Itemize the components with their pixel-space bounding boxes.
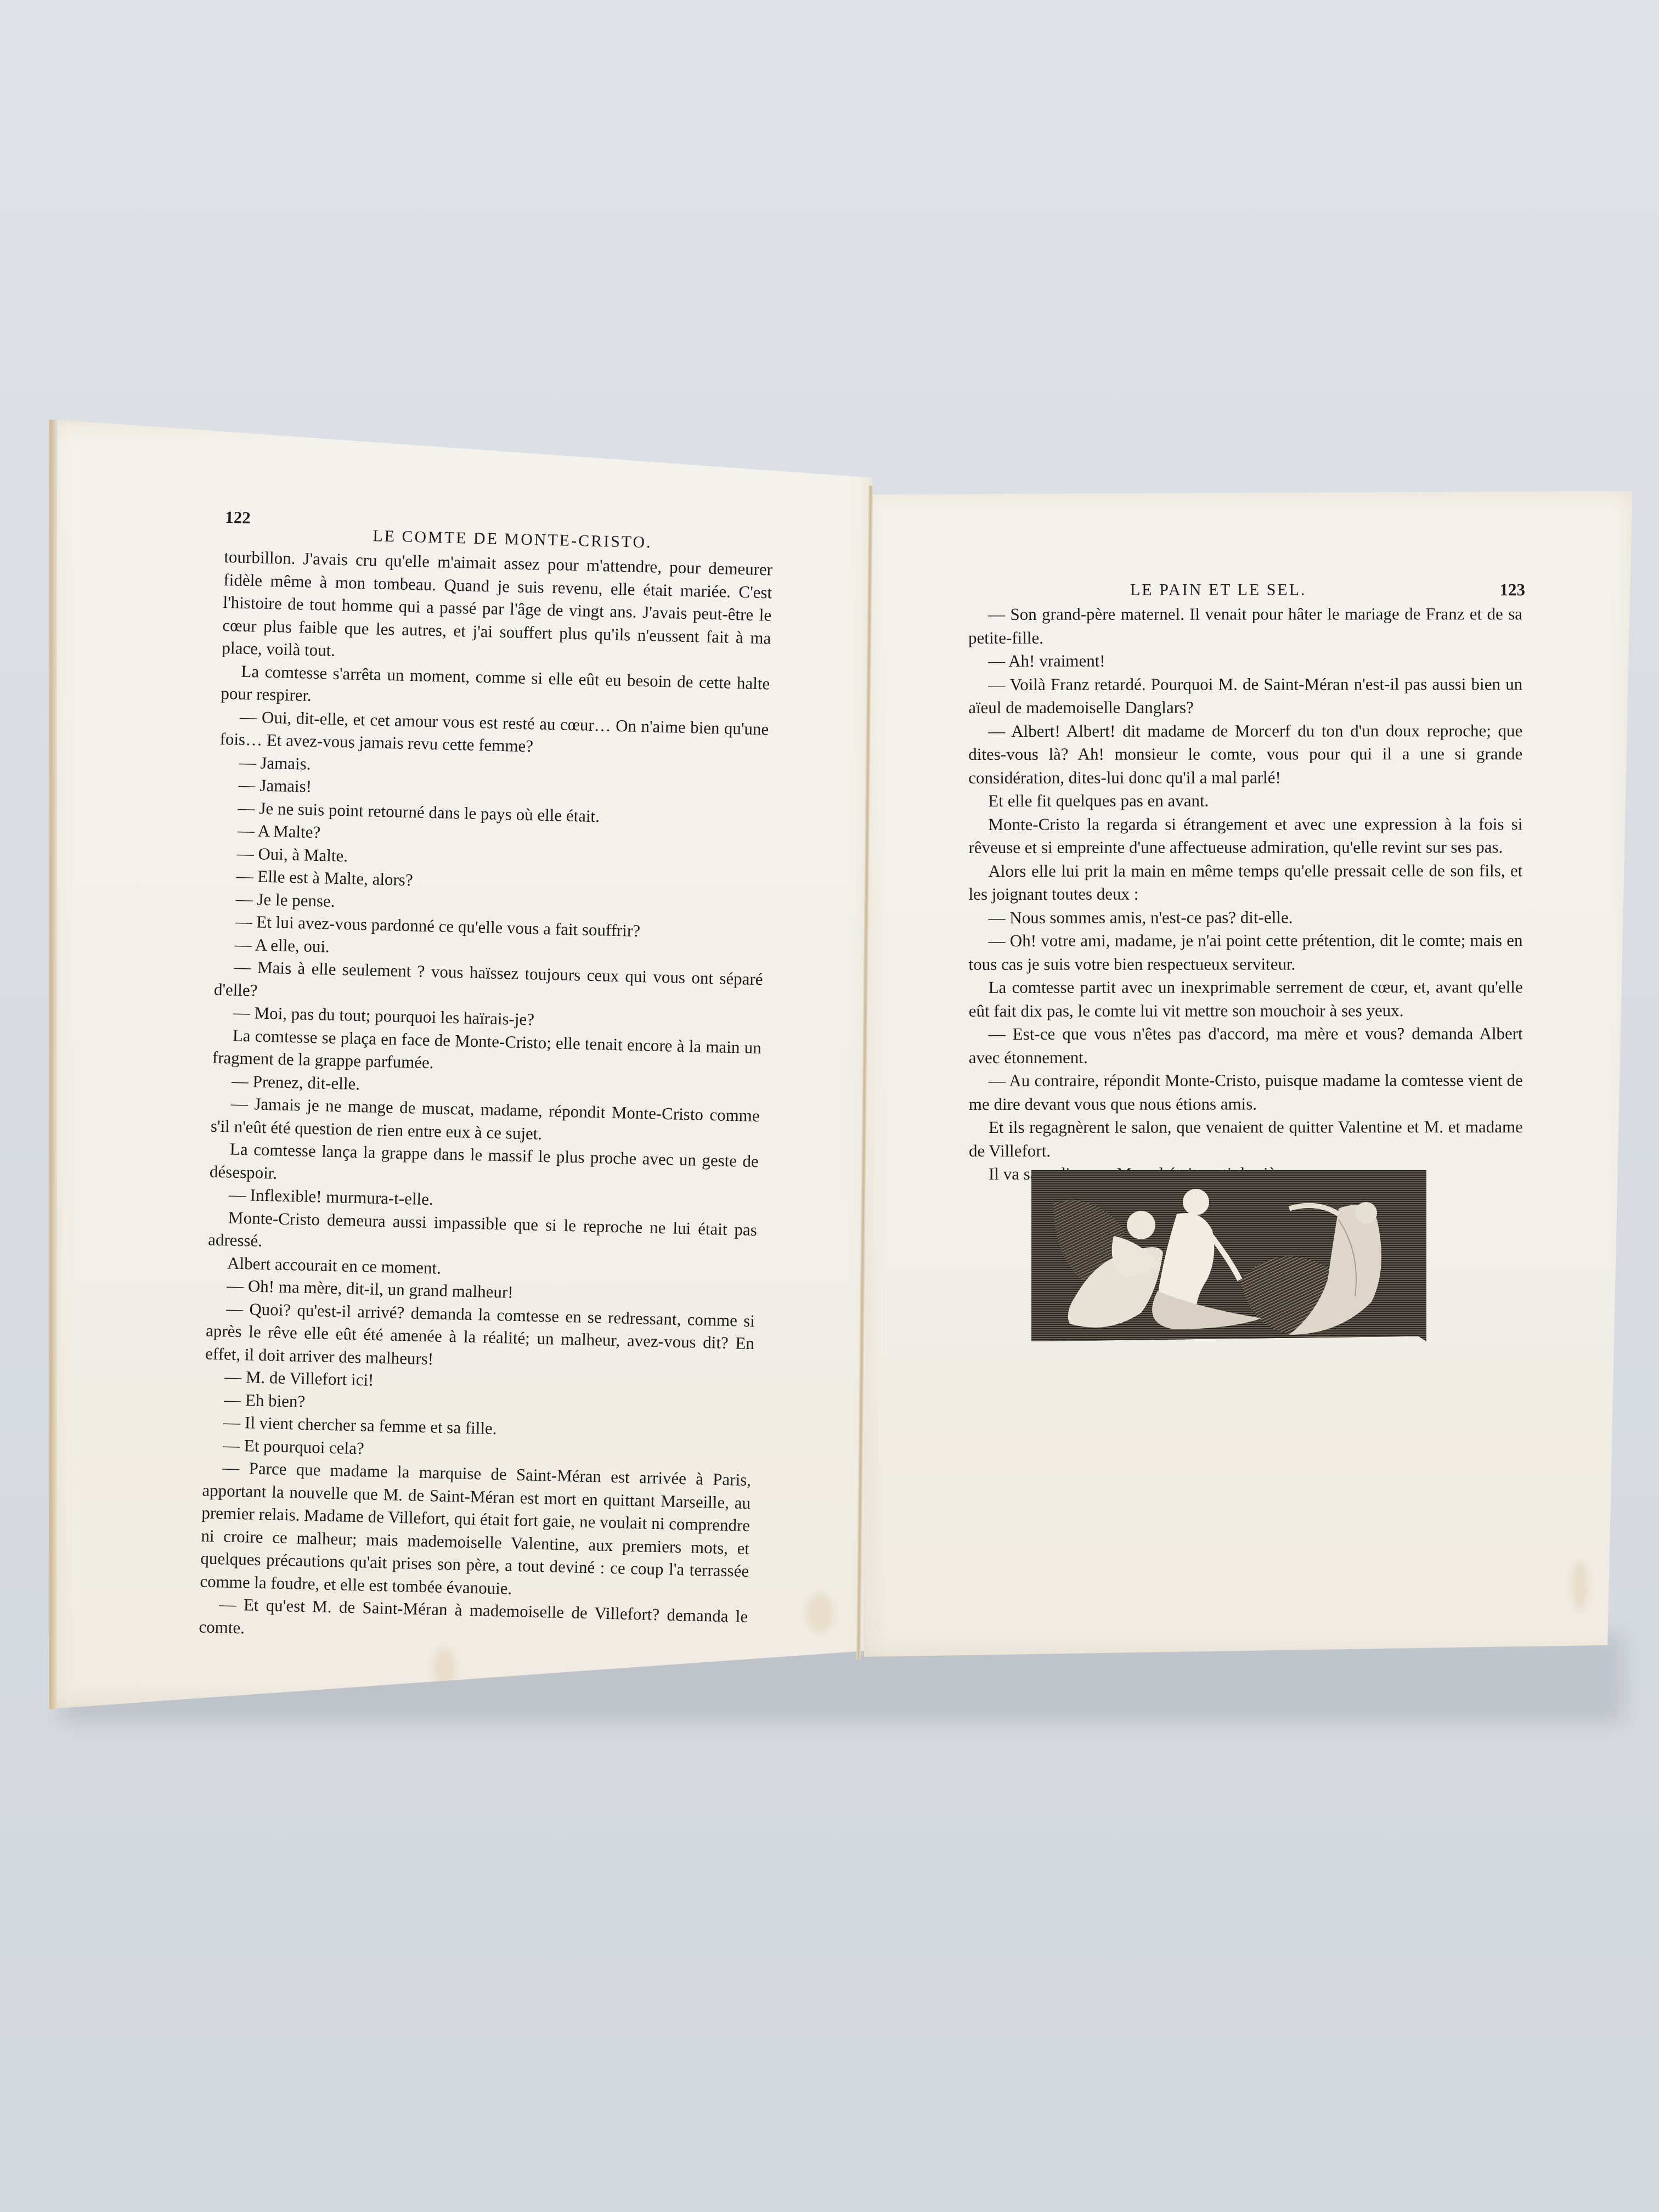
running-head-title: LE PAIN ET LE SEL.	[1130, 578, 1307, 602]
paragraph: La comtesse partit avec un inexprimable …	[969, 975, 1523, 1023]
paragraph: — Parce que madame la marquise de Saint-…	[200, 1456, 752, 1605]
paragraph: Et elle fit quelques pas en avant.	[968, 789, 1522, 812]
paragraph: Alors elle lui prit la main en même temp…	[968, 859, 1522, 906]
engraving-illustration	[1031, 1170, 1426, 1341]
paragraph: — Ah! vraiment!	[968, 649, 1522, 673]
paragraph: — Son grand-père maternel. Il venait pou…	[968, 602, 1522, 650]
foxing-stain	[1572, 1561, 1588, 1610]
foxing-stain	[806, 1594, 834, 1632]
paragraph: — Oh! votre ami, madame, je n'ai point c…	[969, 929, 1523, 976]
right-page-body: — Son grand-père maternel. Il venait pou…	[968, 602, 1523, 1186]
paragraph: — Au contraire, répondit Monte-Cristo, p…	[969, 1069, 1523, 1116]
left-page-text: 122 LE COMTE DE MONTE-CRISTO. tourbillon…	[199, 521, 774, 1651]
running-head: LE PAIN ET LE SEL. 123	[968, 578, 1522, 601]
paragraph: Et ils regagnèrent le salon, que venaien…	[969, 1115, 1523, 1163]
page-number: 123	[1499, 578, 1525, 602]
paragraph: — Voilà Franz retardé. Pourquoi M. de Sa…	[968, 673, 1522, 720]
paragraph: — Est-ce que vous n'êtes pas d'accord, m…	[969, 1022, 1523, 1069]
paragraph: — Quoi? qu'est-il arrivé? demanda la com…	[205, 1296, 755, 1378]
left-page: 122 LE COMTE DE MONTE-CRISTO. tourbillon…	[49, 420, 872, 1709]
paragraph: — Nous sommes amis, n'est-ce pas? dit-el…	[969, 906, 1523, 929]
paragraph: tourbillon. J'avais cru qu'elle m'aimait…	[222, 545, 773, 672]
engraving-figures-icon	[1031, 1170, 1426, 1341]
paragraph: — Albert! Albert! dit madame de Morcerf …	[968, 719, 1522, 789]
paragraph: Monte-Cristo la regarda si étrangement e…	[968, 812, 1522, 860]
page-edge	[49, 420, 57, 1709]
right-page: LE PAIN ET LE SEL. 123 — Son grand-père …	[864, 491, 1632, 1657]
left-page-body: tourbillon. J'avais cru qu'elle m'aimait…	[199, 545, 773, 1651]
right-page-text: LE PAIN ET LE SEL. 123 — Son grand-père …	[968, 578, 1523, 1186]
page-number: 122	[225, 506, 251, 529]
